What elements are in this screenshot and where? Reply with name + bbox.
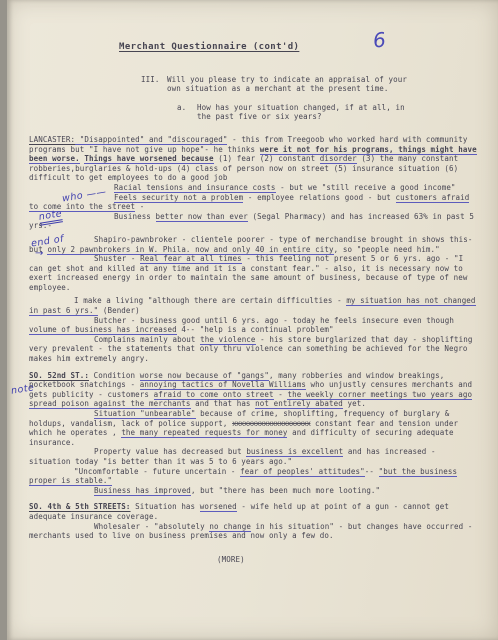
sub-question-letter: a. xyxy=(177,103,197,122)
shapiro-paragraph: Shapiro-pawnbroker - clientele poorer - … xyxy=(29,235,477,254)
text-segment: Property value has decreased but xyxy=(94,447,246,456)
text-segment: yet. xyxy=(343,399,366,408)
text-segment: Business xyxy=(114,212,156,221)
question-block: III. Will you please try to indicate an … xyxy=(141,75,471,122)
text-segment: LANCASTER: xyxy=(29,135,75,144)
segal-pharmacy-line: Business better now than ever (Segal Pha… xyxy=(29,212,477,231)
text-segment: "Disappointed" and "discouraged" xyxy=(75,135,227,145)
text-segment: disorder xyxy=(320,154,357,164)
lancaster-paragraph: LANCASTER: "Disappointed" and "discourag… xyxy=(29,135,477,183)
bender-paragraph: I make a living "although there are cert… xyxy=(29,296,477,315)
text-segment: annoying tactics of Novella Williams xyxy=(140,380,306,390)
sub-question-text: How has your situation changed, if at al… xyxy=(197,103,412,122)
looting-paragraph: Business has improved, but "there has be… xyxy=(29,486,477,496)
text-segment: - xyxy=(274,390,288,399)
text-segment: Things have worsened because xyxy=(84,154,213,164)
butcher-paragraph: Butcher - business good until 6 yrs. ago… xyxy=(29,316,477,335)
text-segment: I make a living "although there are cert… xyxy=(74,296,346,305)
text-segment: "Uncomfortable - future uncertain - xyxy=(74,467,240,476)
text-segment: (1) fear (2) constant xyxy=(214,154,320,163)
text-segment: (Bender) xyxy=(98,306,140,315)
text-segment: worsened xyxy=(200,502,237,512)
text-segment: SO. 4th & 5th STREETS: xyxy=(29,502,131,511)
text-segment: worse now because of "gangs" xyxy=(140,371,269,381)
text-segment: - employee relations good - but xyxy=(243,193,395,202)
text-segment: Wholesaler - "absolutely xyxy=(94,522,209,531)
text-segment: the violence xyxy=(200,335,255,345)
unbearable-paragraph: Situation "unbearable" because of crime,… xyxy=(29,409,477,447)
property-value-paragraph: Property value has decreased but busines… xyxy=(29,447,477,466)
text-segment: Feels security not a problem xyxy=(114,193,243,203)
text-segment: afraid to come onto street xyxy=(154,390,274,400)
text-segment: no change xyxy=(209,522,251,532)
text-segment: and that has xyxy=(191,399,256,408)
text-segment: only 2 pawnbrokers in W. Phila. now and … xyxy=(47,245,333,255)
text-segment: SO. 52nd ST.: xyxy=(29,371,89,380)
uncomfortable-paragraph: "Uncomfortable - future uncertain - fear… xyxy=(29,467,477,486)
text-segment: Condition xyxy=(89,371,140,380)
text-segment: Situation "unbearable" xyxy=(94,409,196,419)
security-line: Feels security not a problem - employee … xyxy=(29,193,477,212)
text-segment: (Segal Pharmacy) and has increased 63% i… xyxy=(29,212,474,231)
struck-out-text: xxxxxxxxxxxxxxxxxxxx xyxy=(232,419,310,428)
text-segment: Shuster - xyxy=(94,254,140,263)
text-segment: better now than ever xyxy=(156,212,248,222)
text-segment: not entirely abated xyxy=(255,399,343,409)
title-row: Merchant Questionnaire (cont'd) xyxy=(29,42,477,53)
question-number: III. xyxy=(141,75,167,94)
question-iii-a: a. How has your situation changed, if at… xyxy=(177,103,471,122)
text-segment: Butcher - business good until 6 yrs. ago… xyxy=(94,316,454,325)
text-segment: , but "there has been much more looting.… xyxy=(191,486,380,495)
so-4th-5th-paragraph: SO. 4th & 5th STREETS: Situation has wor… xyxy=(29,502,477,521)
text-segment: Real fear at all times xyxy=(140,254,242,264)
shuster-paragraph: Shuster - Real fear at all times - this … xyxy=(29,254,477,292)
text-segment: Business has improved xyxy=(94,486,191,496)
text-segment: , so "people need him." xyxy=(334,245,440,254)
text-segment: -- xyxy=(365,467,379,476)
responses-body: LANCASTER: "Disappointed" and "discourag… xyxy=(29,135,477,564)
page-title: Merchant Questionnaire (cont'd) xyxy=(119,43,299,53)
text-segment: Complains mainly about xyxy=(94,335,200,344)
so-52nd-st-paragraph: SO. 52nd ST.: Condition worse now becaus… xyxy=(29,371,477,409)
wholesaler-paragraph: Wholesaler - "absolutely no change in hi… xyxy=(29,522,477,541)
text-segment: the many repeated requests for money xyxy=(121,428,287,438)
more-footer: (MORE) xyxy=(217,555,477,565)
question-iii: III. Will you please try to indicate an … xyxy=(141,75,471,94)
text-segment: - xyxy=(135,202,144,211)
text-segment: - but we "still receive a good income" xyxy=(276,183,456,192)
text-segment: business is excellent xyxy=(246,447,343,457)
question-text: Will you please try to indicate an appra… xyxy=(167,75,417,94)
text-segment: fear of peoples' attitudes" xyxy=(240,467,365,477)
typed-content: Merchant Questionnaire (cont'd) III. Wil… xyxy=(29,42,477,564)
violence-paragraph: Complains mainly about the violence - hi… xyxy=(29,335,477,364)
text-segment: 4-- "help is a continual problem" xyxy=(177,325,334,334)
text-segment: volume of business has increased xyxy=(29,325,177,335)
scanned-page: 6 who —— note end of → note Merchant Que… xyxy=(7,0,498,640)
text-segment: Situation has xyxy=(131,502,200,511)
text-segment: Racial tensions and insurance costs xyxy=(114,183,276,193)
racial-tensions-line: Racial tensions and insurance costs - bu… xyxy=(29,183,477,193)
